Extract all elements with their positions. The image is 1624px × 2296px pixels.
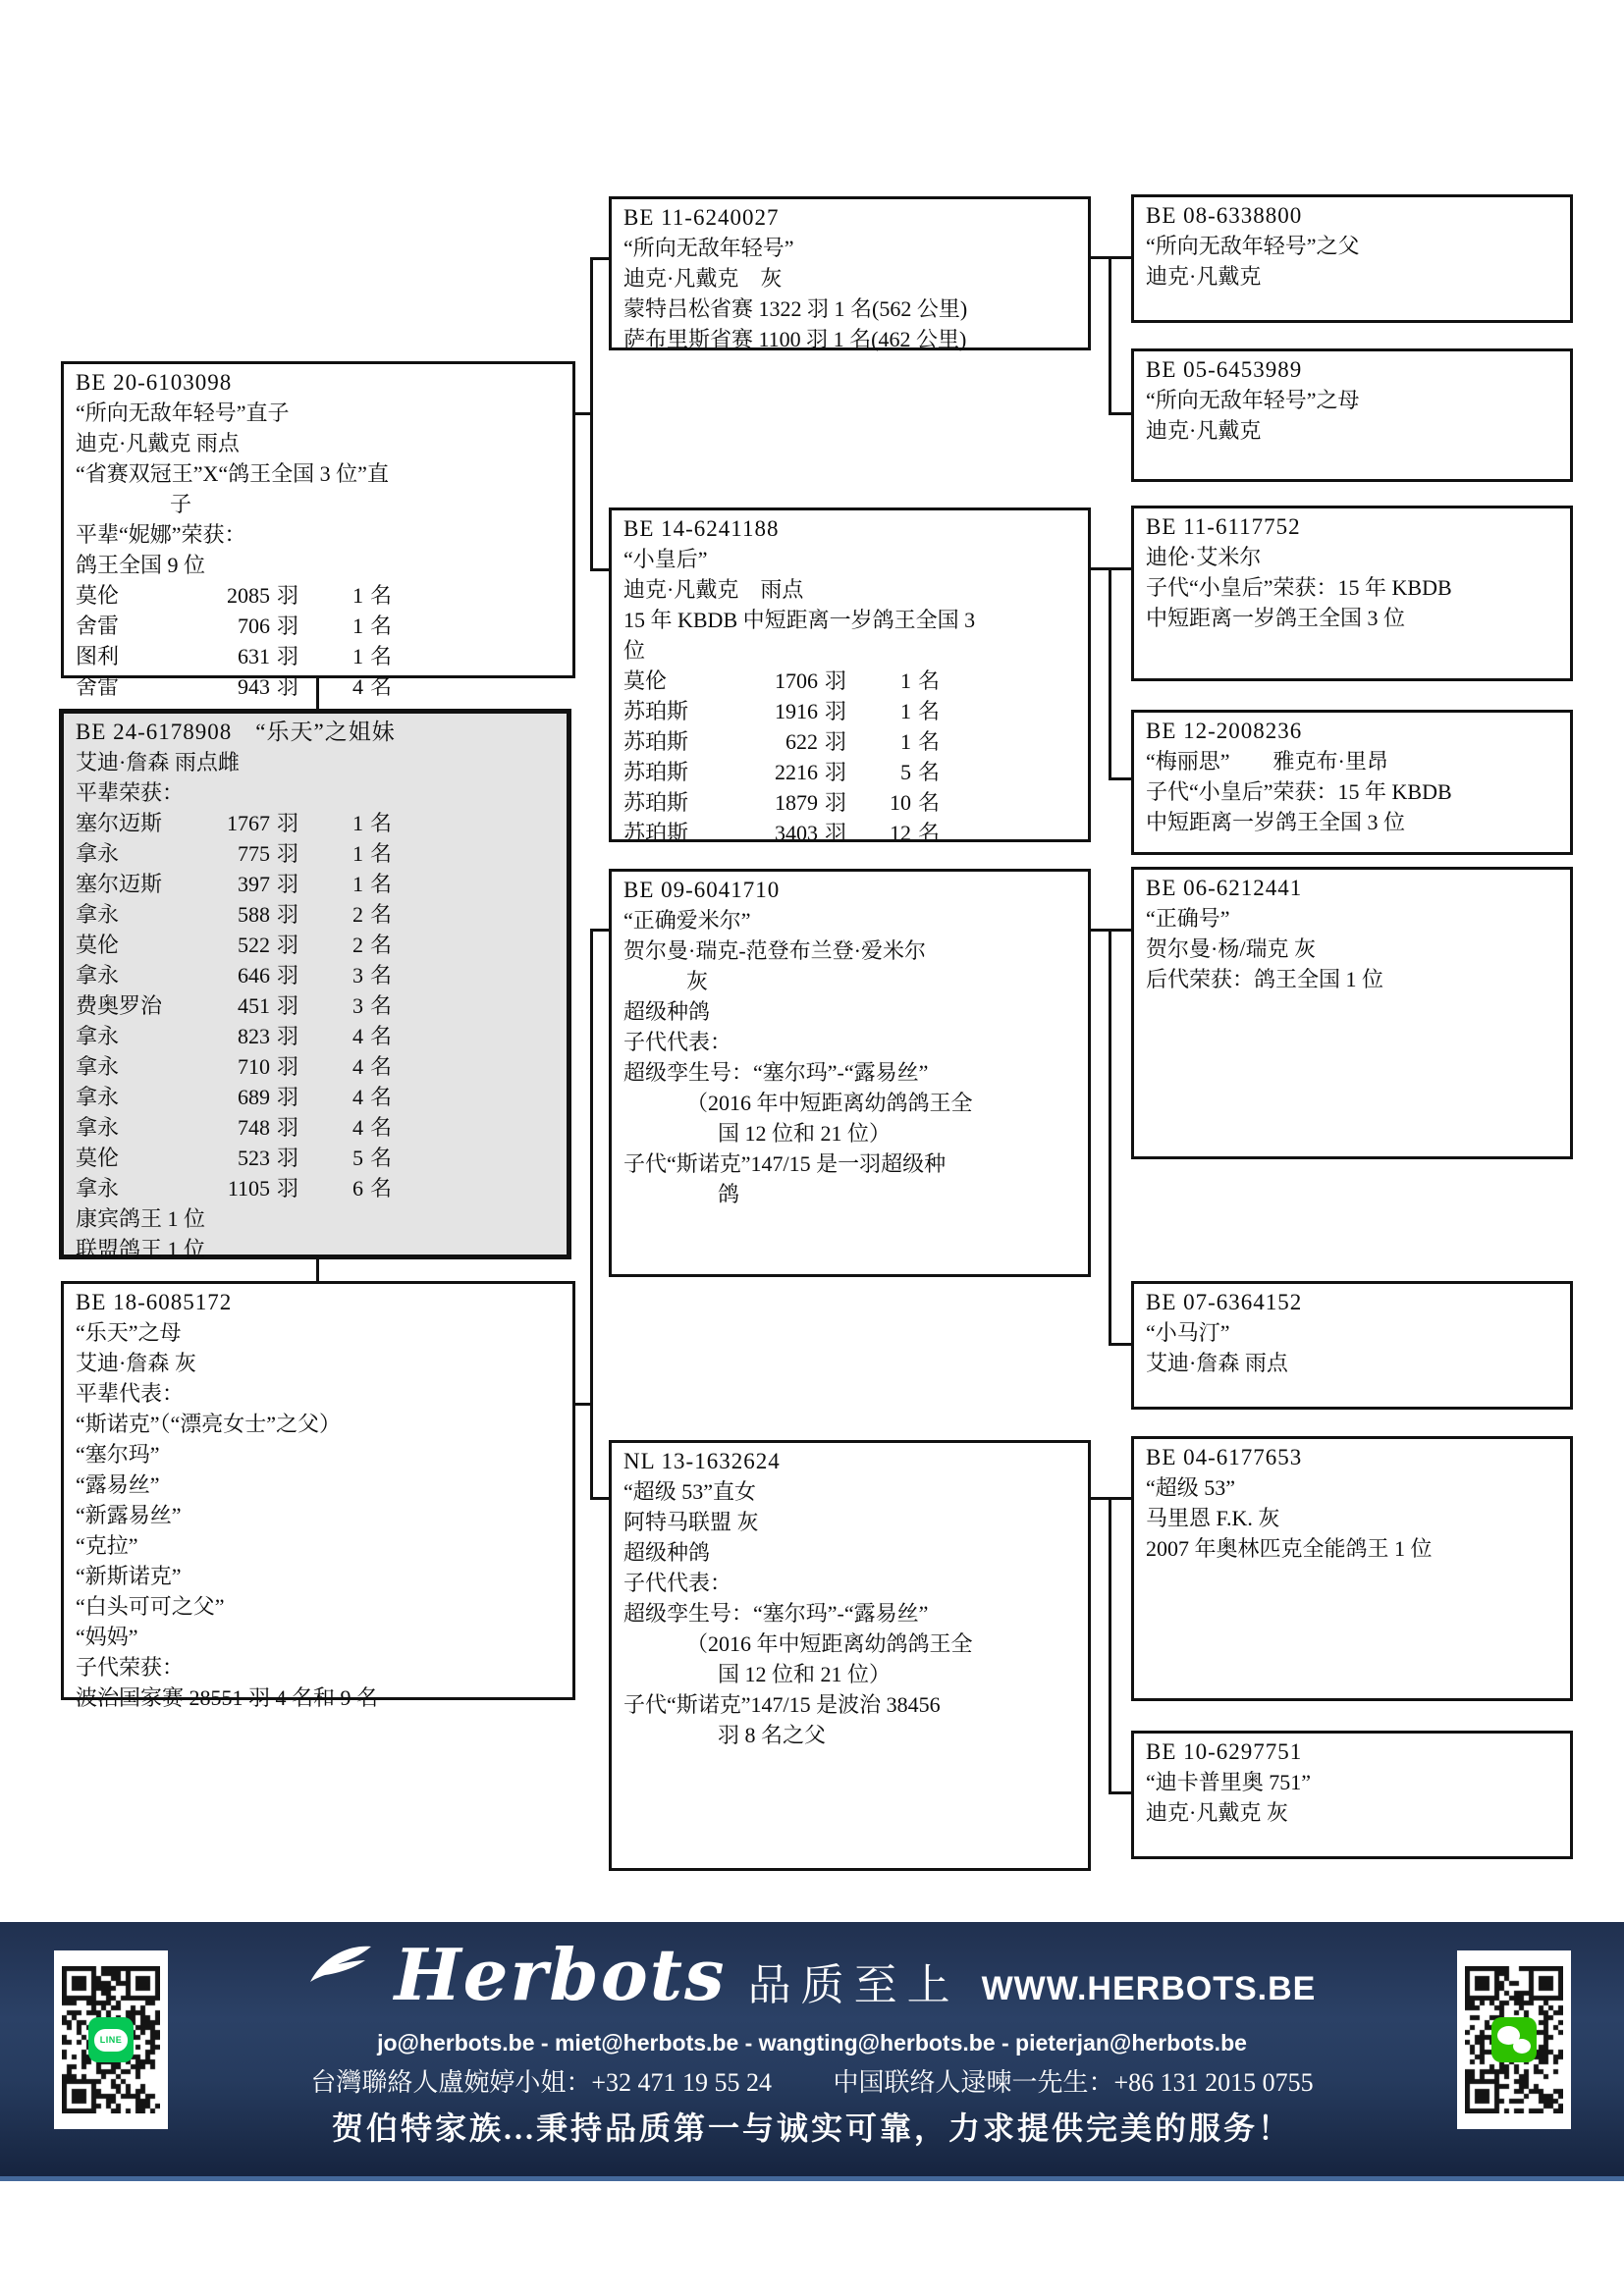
unit-label: 羽 — [277, 1112, 298, 1143]
pedigree-text-line: 灰 — [623, 966, 1080, 996]
pedigree-text-line: 子代荣获： — [76, 1652, 565, 1682]
birds-count: 689 — [197, 1082, 270, 1112]
connector-line — [316, 678, 319, 710]
unit-label: 羽 — [277, 1173, 298, 1203]
pedigree-text-line: 中短距离一岁鸽王全国 3 位 — [1146, 603, 1562, 633]
race-name: 舍雷 — [76, 671, 197, 702]
pedigree-text-line: 超级种鸽 — [623, 996, 1080, 1027]
unit-label: 名 — [370, 580, 392, 611]
ring-number: BE 12-2008236 — [1146, 716, 1562, 746]
pedigree-box-dam: BE 18-6085172“乐天”之母艾迪·詹森 灰平辈代表：“斯诺克”（“漂亮… — [61, 1281, 575, 1700]
result-row: 塞尔迈斯1767羽1名 — [76, 808, 559, 838]
unit-label: 名 — [370, 899, 392, 930]
pedigree-text-line: 蒙特吕松省赛 1322 羽 1 名(562 公里) — [623, 294, 1080, 324]
contact-china: 中国联络人逯暕一先生：+86 131 2015 0755 — [834, 2068, 1314, 2097]
pedigree-text-line: 艾迪·詹森 灰 — [76, 1348, 565, 1378]
unit-label: 羽 — [277, 611, 298, 641]
unit-label: 羽 — [277, 1021, 298, 1051]
pedigree-text-line: 平辈荣获： — [76, 777, 559, 808]
prize-rank: 1 — [846, 726, 911, 757]
pedigree-text-line: “斯诺克”（“漂亮女士”之父） — [76, 1409, 565, 1439]
prize-rank: 10 — [846, 787, 911, 818]
unit-label: 名 — [370, 1082, 392, 1112]
ring-number: BE 24-6178908 “乐天”之姐妹 — [76, 717, 559, 747]
ring-number: BE 08-6338800 — [1146, 200, 1562, 231]
unit-label: 羽 — [277, 899, 298, 930]
unit-label: 名 — [370, 960, 392, 990]
race-name: 拿永 — [76, 1112, 197, 1143]
unit-label: 名 — [370, 1143, 392, 1173]
ring-number: BE 05-6453989 — [1146, 354, 1562, 385]
pedigree-box-grandsire-1: BE 11-6240027“所向无敌年轻号”迪克·凡戴克 灰蒙特吕松省赛 132… — [609, 196, 1091, 350]
unit-label: 名 — [370, 869, 392, 899]
pedigree-box-sire: BE 20-6103098“所向无敌年轻号”直子迪克·凡戴克 雨点“省赛双冠王”… — [61, 361, 575, 678]
race-name: 莫伦 — [76, 580, 197, 611]
result-row: 拿永748羽4名 — [76, 1112, 559, 1143]
prize-rank: 1 — [846, 666, 911, 696]
connector-line — [1110, 1791, 1131, 1794]
unit-label: 名 — [370, 641, 392, 671]
prize-rank: 1 — [298, 838, 363, 869]
pedigree-text-line: 迪克·凡戴克 — [1146, 261, 1562, 292]
pedigree-text-line: “所向无敌年轻号”直子 — [76, 398, 565, 428]
result-row: 费奥罗治451羽3名 — [76, 990, 559, 1021]
feather-icon — [308, 1942, 373, 1985]
ring-number: BE 20-6103098 — [76, 367, 565, 398]
race-name: 拿永 — [76, 838, 197, 869]
pedigree-text-line: 国 12 位和 21 位） — [623, 1118, 1080, 1148]
pedigree-text-line: “新斯诺克” — [76, 1561, 565, 1591]
pedigree-text-line: 国 12 位和 21 位） — [623, 1659, 1080, 1689]
race-name: 舍雷 — [76, 611, 197, 641]
pedigree-box-ggparent-2: BE 05-6453989“所向无敌年轻号”之母迪克·凡戴克 — [1131, 348, 1573, 482]
pedigree-text-line: 子 — [76, 489, 565, 519]
birds-count: 1879 — [745, 787, 818, 818]
pedigree-text-line: “迪卡普里奥 751” — [1146, 1767, 1562, 1797]
unit-label: 羽 — [277, 990, 298, 1021]
pedigree-box-ggparent-4: BE 12-2008236“梅丽思” 雅克布·里昂子代“小皇后”荣获：15 年 … — [1131, 710, 1573, 855]
birds-count: 523 — [197, 1143, 270, 1173]
prize-rank: 1 — [298, 580, 363, 611]
unit-label: 羽 — [277, 838, 298, 869]
pedigree-box-subject: BE 24-6178908 “乐天”之姐妹艾迪·詹森 雨点雌平辈荣获：塞尔迈斯1… — [59, 709, 571, 1259]
prize-rank: 3 — [298, 960, 363, 990]
pedigree-text-line: 子代“小皇后”荣获：15 年 KBDB — [1146, 776, 1562, 807]
prize-rank: 6 — [298, 1173, 363, 1203]
pedigree-box-granddam-2: NL 13-1632624“超级 53”直女阿特马联盟 灰超级种鸽子代代表：超级… — [609, 1440, 1091, 1871]
pedigree-text-line: 羽 8 名之父 — [623, 1720, 1080, 1750]
email-line: jo@herbots.be - miet@herbots.be - wangti… — [0, 2030, 1624, 2056]
connector-line — [592, 257, 609, 260]
unit-label: 羽 — [277, 1082, 298, 1112]
prize-rank: 4 — [298, 1051, 363, 1082]
pedigree-text-line: “超级 53” — [1146, 1472, 1562, 1503]
prize-rank: 2 — [298, 930, 363, 960]
pedigree-text-line: “乐天”之母 — [76, 1317, 565, 1348]
race-name: 拿永 — [76, 1173, 197, 1203]
connector-line — [592, 929, 609, 932]
prize-rank: 4 — [298, 671, 363, 702]
birds-count: 588 — [197, 899, 270, 930]
birds-count: 2085 — [197, 580, 270, 611]
result-row: 苏珀斯3403羽12名 — [623, 818, 1080, 848]
race-name: 苏珀斯 — [623, 696, 745, 726]
pedigree-text-line: 鸽王全国 9 位 — [76, 550, 565, 580]
race-name: 拿永 — [76, 1021, 197, 1051]
race-name: 苏珀斯 — [623, 818, 745, 848]
pedigree-text-line: “所向无敌年轻号”之母 — [1146, 385, 1562, 415]
pedigree-text-line: 贺尔曼·瑞克-范登布兰登·爱米尔 — [623, 935, 1080, 966]
ring-number: BE 11-6240027 — [623, 202, 1080, 233]
ring-number: BE 09-6041710 — [623, 875, 1080, 905]
unit-label: 羽 — [277, 808, 298, 838]
pedigree-text-line: 子代“斯诺克”147/15 是一羽超级种 — [623, 1148, 1080, 1179]
birds-count: 397 — [197, 869, 270, 899]
pedigree-box-ggparent-7: BE 04-6177653“超级 53”马里恩 F.K. 灰2007 年奥林匹克… — [1131, 1436, 1573, 1701]
prize-rank: 4 — [298, 1082, 363, 1112]
race-name: 莫伦 — [76, 930, 197, 960]
birds-count: 748 — [197, 1112, 270, 1143]
unit-label: 名 — [918, 696, 940, 726]
ring-number: BE 04-6177653 — [1146, 1442, 1562, 1472]
unit-label: 名 — [918, 757, 940, 787]
pedigree-text-line: “正确号” — [1146, 903, 1562, 934]
pedigree-text-line: 迪克·凡戴克 雨点 — [623, 574, 1080, 605]
connector-line — [1110, 777, 1131, 780]
unit-label: 名 — [918, 818, 940, 848]
birds-count: 631 — [197, 641, 270, 671]
pedigree-box-ggparent-1: BE 08-6338800“所向无敌年轻号”之父迪克·凡戴克 — [1131, 194, 1573, 323]
race-name: 苏珀斯 — [623, 726, 745, 757]
pedigree-page: BE 20-6103098“所向无敌年轻号”直子迪克·凡戴克 雨点“省赛双冠王”… — [0, 0, 1624, 2296]
brand-row: Herbots 品质至上 WWW.HERBOTS.BE — [245, 1936, 1379, 2014]
unit-label: 名 — [370, 1173, 392, 1203]
pedigree-box-ggparent-8: BE 10-6297751“迪卡普里奥 751”迪克·凡戴克 灰 — [1131, 1731, 1573, 1859]
birds-count: 1706 — [745, 666, 818, 696]
unit-label: 羽 — [825, 757, 846, 787]
ring-number: BE 14-6241188 — [623, 513, 1080, 544]
pedigree-text-line: “露易丝” — [76, 1469, 565, 1500]
pedigree-text-line: 超级孪生号：“塞尔玛”-“露易丝” — [623, 1598, 1080, 1629]
unit-label: 羽 — [277, 1143, 298, 1173]
pedigree-text-line: “妈妈” — [76, 1622, 565, 1652]
race-name: 拿永 — [76, 1082, 197, 1112]
race-name: 塞尔迈斯 — [76, 869, 197, 899]
ring-number: NL 13-1632624 — [623, 1446, 1080, 1476]
pedigree-text-line: 波治国家赛 28551 羽 4 名和 9 名 — [76, 1682, 565, 1713]
pedigree-text-line: 子代代表： — [623, 1027, 1080, 1057]
result-row: 塞尔迈斯397羽1名 — [76, 869, 559, 899]
birds-count: 1105 — [197, 1173, 270, 1203]
connector-line — [316, 1257, 319, 1283]
result-row: 莫伦522羽2名 — [76, 930, 559, 960]
pedigree-text-line: 后代荣获：鸽王全国 1 位 — [1146, 964, 1562, 994]
ring-number: BE 07-6364152 — [1146, 1287, 1562, 1317]
pedigree-text-line: 迪克·凡戴克 雨点 — [76, 428, 565, 458]
unit-label: 名 — [370, 671, 392, 702]
pedigree-text-line: “塞尔玛” — [76, 1439, 565, 1469]
race-name: 苏珀斯 — [623, 757, 745, 787]
race-name: 拿永 — [76, 899, 197, 930]
pedigree-text-line: 超级孪生号：“塞尔玛”-“露易丝” — [623, 1057, 1080, 1088]
unit-label: 羽 — [277, 1051, 298, 1082]
connector-line — [592, 568, 609, 571]
connector-line — [1109, 929, 1111, 1346]
unit-label: 名 — [918, 787, 940, 818]
footer-banner: LINE Herbots 品质至上 WWW.HERBOTS.BE jo@herb… — [0, 1922, 1624, 2181]
pedigree-text-line: “所向无敌年轻号”之父 — [1146, 231, 1562, 261]
result-row: 苏珀斯1916羽1名 — [623, 696, 1080, 726]
pedigree-text-line: 迪伦·艾米尔 — [1146, 542, 1562, 572]
result-row: 舍雷943羽4名 — [76, 671, 565, 702]
connector-line — [1110, 1343, 1131, 1346]
prize-rank: 1 — [298, 641, 363, 671]
contact-taiwan: 台灣聯絡人盧婉婷小姐：+32 471 19 55 24 — [310, 2068, 772, 2097]
ring-number: BE 11-6117752 — [1146, 511, 1562, 542]
pedigree-box-grandsire-2: BE 09-6041710“正确爱米尔”贺尔曼·瑞克-范登布兰登·爱米尔灰超级种… — [609, 869, 1091, 1277]
pedigree-text-line: 中短距离一岁鸽王全国 3 位 — [1146, 807, 1562, 837]
connector-line — [592, 1497, 609, 1500]
pedigree-text-line: 艾迪·詹森 雨点雌 — [76, 747, 559, 777]
unit-label: 名 — [370, 1051, 392, 1082]
pedigree-text-line: 子代“斯诺克”147/15 是波治 38456 — [623, 1689, 1080, 1720]
result-row: 莫伦1706羽1名 — [623, 666, 1080, 696]
prize-rank: 4 — [298, 1112, 363, 1143]
connector-line — [1110, 412, 1131, 415]
contact-line: 台灣聯絡人盧婉婷小姐：+32 471 19 55 24 中国联络人逯暕一先生：+… — [0, 2062, 1624, 2099]
pedigree-text-line: “正确爱米尔” — [623, 905, 1080, 935]
unit-label: 名 — [370, 930, 392, 960]
pedigree-box-ggparent-6: BE 07-6364152“小马汀”艾迪·詹森 雨点 — [1131, 1281, 1573, 1410]
unit-label: 名 — [370, 1021, 392, 1051]
unit-label: 羽 — [277, 869, 298, 899]
unit-label: 羽 — [277, 930, 298, 960]
prize-rank: 5 — [298, 1143, 363, 1173]
connector-line — [575, 412, 591, 415]
ring-number: BE 06-6212441 — [1146, 873, 1562, 903]
race-name: 图利 — [76, 641, 197, 671]
pedigree-text-line: “新露易丝” — [76, 1500, 565, 1530]
unit-label: 羽 — [825, 726, 846, 757]
result-row: 苏珀斯1879羽10名 — [623, 787, 1080, 818]
birds-count: 646 — [197, 960, 270, 990]
unit-label: 名 — [370, 808, 392, 838]
pedigree-text-line: 贺尔曼·杨/瑞克 灰 — [1146, 934, 1562, 964]
pedigree-text-line: 迪克·凡戴克 — [1146, 415, 1562, 446]
connector-line — [1109, 256, 1111, 415]
pedigree-text-line: “省赛双冠王”X“鸽王全国 3 位”直 — [76, 458, 565, 489]
unit-label: 羽 — [277, 960, 298, 990]
unit-label: 名 — [370, 611, 392, 641]
pedigree-text-line: （2016 年中短距离幼鸽鸽王全 — [623, 1088, 1080, 1118]
result-row: 莫伦2085羽1名 — [76, 580, 565, 611]
birds-count: 775 — [197, 838, 270, 869]
result-row: 苏珀斯2216羽5名 — [623, 757, 1080, 787]
ring-number: BE 10-6297751 — [1146, 1736, 1562, 1767]
birds-count: 823 — [197, 1021, 270, 1051]
unit-label: 羽 — [825, 696, 846, 726]
result-row: 舍雷706羽1名 — [76, 611, 565, 641]
birds-count: 1916 — [745, 696, 818, 726]
result-row: 苏珀斯622羽1名 — [623, 726, 1080, 757]
race-name: 莫伦 — [76, 1143, 197, 1173]
connector-line — [1109, 1497, 1111, 1794]
birds-count: 2216 — [745, 757, 818, 787]
unit-label: 名 — [370, 990, 392, 1021]
result-row: 拿永646羽3名 — [76, 960, 559, 990]
result-row: 拿永775羽1名 — [76, 838, 559, 869]
unit-label: 羽 — [277, 641, 298, 671]
pedigree-text-line: 2007 年奥林匹克全能鸽王 1 位 — [1146, 1533, 1562, 1564]
pedigree-text-line: “所向无敌年轻号” — [623, 233, 1080, 263]
pedigree-text-line: “超级 53”直女 — [623, 1476, 1080, 1507]
unit-label: 羽 — [825, 787, 846, 818]
pedigree-text-line: 子代“小皇后”荣获：15 年 KBDB — [1146, 572, 1562, 603]
pedigree-text-line: 平辈“妮娜”荣获： — [76, 519, 565, 550]
ring-number: BE 18-6085172 — [76, 1287, 565, 1317]
prize-rank: 2 — [298, 899, 363, 930]
pedigree-text-line: “白头可可之父” — [76, 1591, 565, 1622]
slogan-line: 贺伯特家族...秉持品质第一与诚实可靠，力求提供完美的服务！ — [0, 2104, 1624, 2149]
unit-label: 名 — [918, 666, 940, 696]
unit-label: 羽 — [277, 671, 298, 702]
pedigree-text-line: “小马汀” — [1146, 1317, 1562, 1348]
birds-count: 710 — [197, 1051, 270, 1082]
brand-tagline: 品质至上 — [748, 1949, 960, 2012]
result-row: 拿永823羽4名 — [76, 1021, 559, 1051]
pedigree-box-ggparent-3: BE 11-6117752迪伦·艾米尔子代“小皇后”荣获：15 年 KBDB中短… — [1131, 506, 1573, 681]
pedigree-text-line: 位 — [623, 635, 1080, 666]
race-name: 塞尔迈斯 — [76, 808, 197, 838]
connector-line — [590, 257, 593, 571]
birds-count: 706 — [197, 611, 270, 641]
unit-label: 名 — [918, 726, 940, 757]
pedigree-text-line: 15 年 KBDB 中短距离一岁鸽王全国 3 — [623, 605, 1080, 635]
pedigree-text-line: “克拉” — [76, 1530, 565, 1561]
pedigree-text-line: 阿特马联盟 灰 — [623, 1507, 1080, 1537]
birds-count: 451 — [197, 990, 270, 1021]
race-name: 拿永 — [76, 960, 197, 990]
pedigree-text-line: 萨布里斯省赛 1100 羽 1 名(462 公里) — [623, 324, 1080, 354]
race-name: 莫伦 — [623, 666, 745, 696]
prize-rank: 1 — [298, 808, 363, 838]
brand-logo: Herbots — [395, 1936, 727, 2014]
prize-rank: 1 — [298, 611, 363, 641]
pedigree-text-line: “小皇后” — [623, 544, 1080, 574]
pedigree-box-ggparent-5: BE 06-6212441“正确号”贺尔曼·杨/瑞克 灰后代荣获：鸽王全国 1 … — [1131, 867, 1573, 1159]
prize-rank: 1 — [846, 696, 911, 726]
prize-rank: 5 — [846, 757, 911, 787]
unit-label: 羽 — [825, 818, 846, 848]
pedigree-text-line: 艾迪·詹森 雨点 — [1146, 1348, 1562, 1378]
race-name: 拿永 — [76, 1051, 197, 1082]
pedigree-text-line: “梅丽思” 雅克布·里昂 — [1146, 746, 1562, 776]
result-row: 莫伦523羽5名 — [76, 1143, 559, 1173]
result-row: 拿永689羽4名 — [76, 1082, 559, 1112]
pedigree-text-line: 迪克·凡戴克 灰 — [1146, 1797, 1562, 1828]
race-name: 苏珀斯 — [623, 787, 745, 818]
connector-line — [575, 1403, 591, 1406]
pedigree-box-granddam-1: BE 14-6241188“小皇后”迪克·凡戴克 雨点15 年 KBDB 中短距… — [609, 507, 1091, 842]
result-row: 拿永710羽4名 — [76, 1051, 559, 1082]
unit-label: 羽 — [825, 666, 846, 696]
connector-line — [1109, 567, 1111, 780]
birds-count: 622 — [745, 726, 818, 757]
unit-label: 名 — [370, 838, 392, 869]
prize-rank: 3 — [298, 990, 363, 1021]
pedigree-text-line: 子代代表： — [623, 1568, 1080, 1598]
pedigree-text-line: 超级种鸽 — [623, 1537, 1080, 1568]
birds-count: 943 — [197, 671, 270, 702]
unit-label: 羽 — [277, 580, 298, 611]
prize-rank: 4 — [298, 1021, 363, 1051]
prize-rank: 1 — [298, 869, 363, 899]
race-name: 费奥罗治 — [76, 990, 197, 1021]
prize-rank: 12 — [846, 818, 911, 848]
birds-count: 1767 — [197, 808, 270, 838]
result-row: 图利631羽1名 — [76, 641, 565, 671]
pedigree-text-line: 迪克·凡戴克 灰 — [623, 263, 1080, 294]
pedigree-text-line: 马里恩 F.K. 灰 — [1146, 1503, 1562, 1533]
pedigree-text-line: 平辈代表： — [76, 1378, 565, 1409]
pedigree-text-line: 鸽 — [623, 1179, 1080, 1209]
pedigree-text-line: （2016 年中短距离幼鸽鸽王全 — [623, 1629, 1080, 1659]
birds-count: 522 — [197, 930, 270, 960]
connector-line — [590, 929, 593, 1500]
result-row: 拿永1105羽6名 — [76, 1173, 559, 1203]
unit-label: 名 — [370, 1112, 392, 1143]
result-row: 拿永588羽2名 — [76, 899, 559, 930]
pedigree-text-line: 康宾鸽王 1 位 — [76, 1203, 559, 1234]
website-text: WWW.HERBOTS.BE — [982, 1970, 1317, 2008]
birds-count: 3403 — [745, 818, 818, 848]
